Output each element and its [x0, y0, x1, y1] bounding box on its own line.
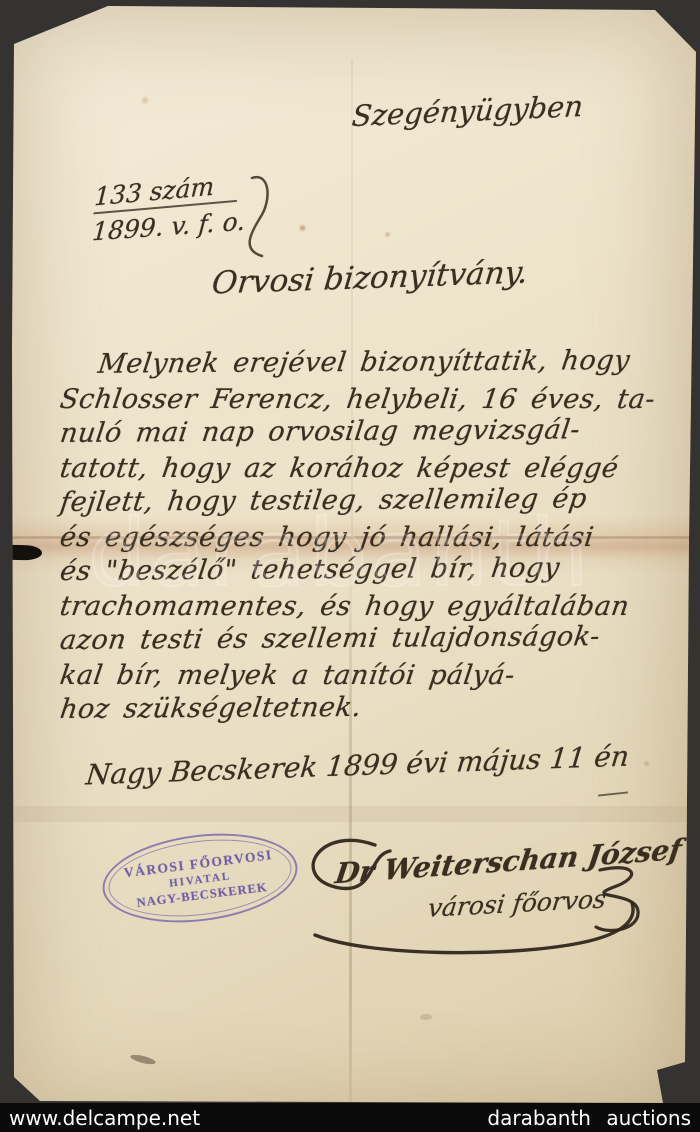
document-paper: Szegényügyben 133 szám 1899. v. f. o. Or…	[0, 0, 700, 1132]
foxing-spot	[384, 231, 391, 238]
place-date-line: Nagy Becskerek 1899 évi május 11 én	[84, 739, 630, 791]
foxing-spot	[420, 1014, 432, 1020]
foxing-spot	[140, 96, 150, 105]
body-line: trachomamentes, és hogy egyáltalában	[58, 591, 683, 626]
body-line: nuló mai nap orvosilag megvizsgál-	[58, 414, 683, 453]
body-line: és "beszélő" tehetséggel bír, hogy	[58, 552, 683, 591]
body-line: és egészséges hogy jó hallási, látási	[58, 522, 683, 557]
body-line: kal bír, melyek a tanítói pályá-	[58, 660, 683, 695]
auction-photo: Szegényügyben 133 szám 1899. v. f. o. Or…	[0, 0, 700, 1132]
foxing-spot	[298, 224, 307, 232]
date-underline-stroke	[598, 791, 628, 796]
certificate-body: Melynek erejével bizonyíttatik, hogy Sch…	[60, 349, 680, 729]
body-line: hoz szükségeltetnek.	[58, 690, 683, 729]
official-oval-stamp: VÁROSI FŐORVOSI HIVATAL NAGY-BECSKEREK	[97, 823, 302, 932]
edge-tear	[0, 545, 42, 561]
delcampe-url-text: www.delcampe.net	[9, 1106, 200, 1130]
body-line: azon testi és szellemi tulajdonságok-	[58, 621, 683, 660]
body-line: tatott, hogy az korához képest eléggé	[58, 453, 683, 488]
darabanth-auctions-label: darabanth auctions	[487, 1106, 691, 1130]
body-line: Melynek erejével bizonyíttatik, hogy	[58, 345, 683, 384]
ink-smudge	[130, 1053, 157, 1066]
case-subject-note: Szegényügyben	[350, 89, 584, 133]
footer-bar: www.delcampe.net darabanth auctions	[0, 1103, 700, 1132]
body-line: Schlosser Ferencz, helybeli, 16 éves, ta…	[58, 384, 683, 419]
body-line: fejlett, hogy testileg, szellemileg ép	[58, 483, 683, 522]
foxing-spot	[643, 760, 650, 767]
pen-flourish	[232, 170, 292, 262]
